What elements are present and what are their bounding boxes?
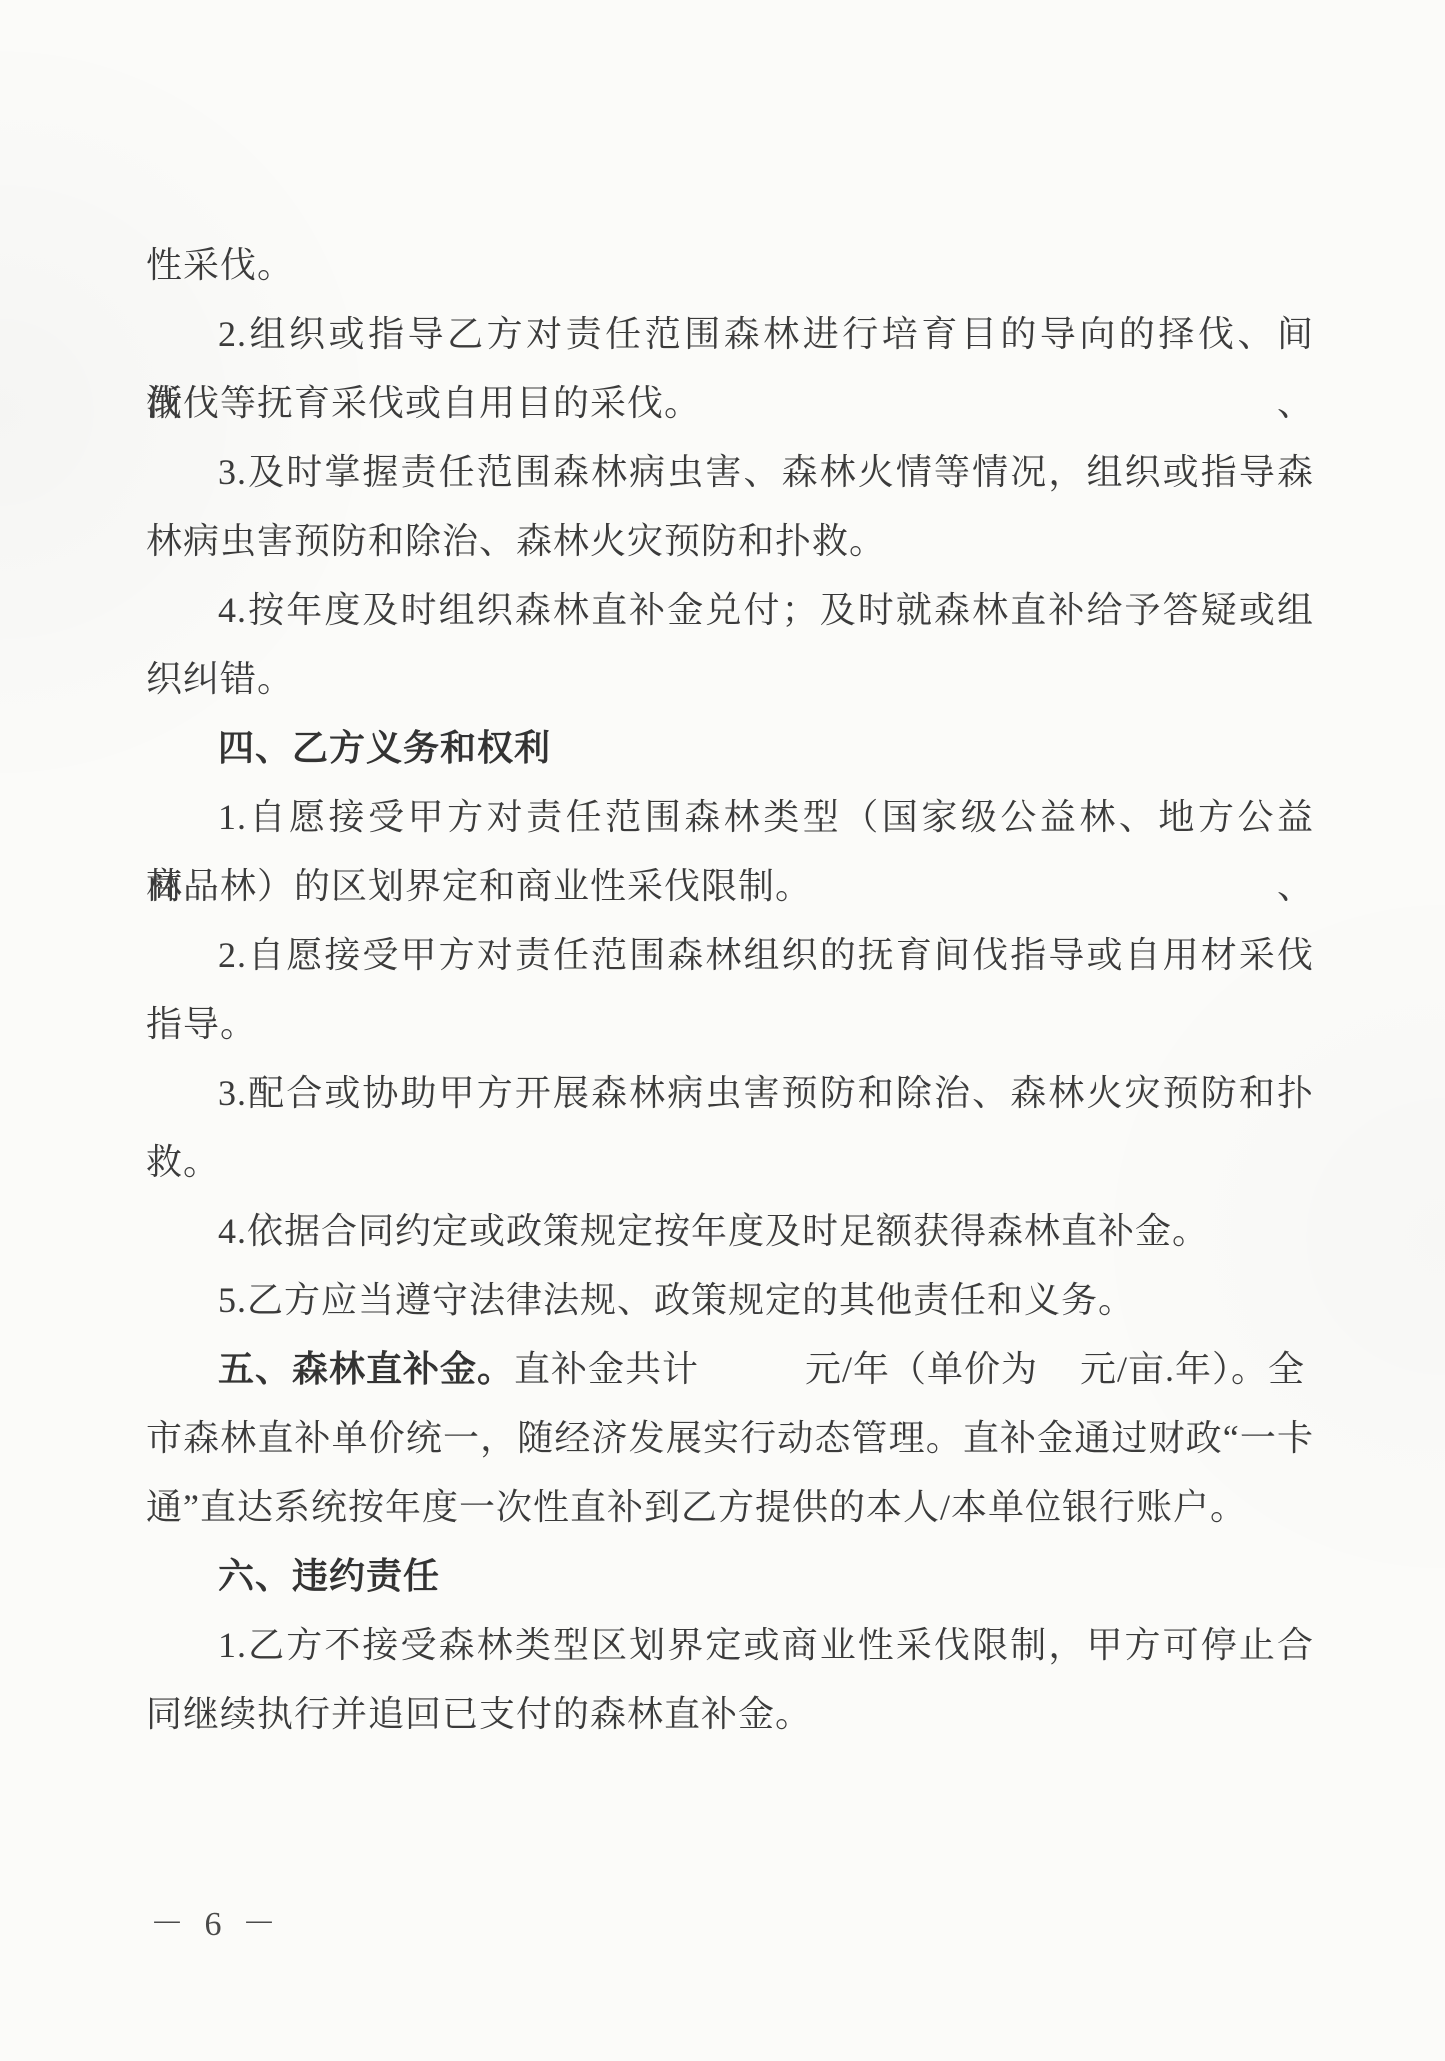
section-5-line-1: 五、森林直补金。直补金共计元/年（单价为元/亩.年）。全 — [146, 1335, 1314, 1404]
section-5-text-b: 元/年（单价为 — [805, 1349, 1038, 1389]
clause-4-2-line-2: 指导。 — [146, 990, 1314, 1059]
clause-4-3-line-1: 3.配合或协助甲方开展森林病虫害预防和除治、森林火灾预防和扑 — [146, 1059, 1314, 1128]
document-page: 性采伐。 2.组织或指导乙方对责任范围森林进行培育目的导向的择伐、间伐、 渐伐等… — [0, 0, 1445, 2061]
section-heading-6: 六、违约责任 — [146, 1542, 1314, 1611]
clause-3-4-line-1: 4.按年度及时组织森林直补金兑付；及时就森林直补给予答疑或组 — [146, 576, 1314, 645]
clause-6-1-line-2: 同继续执行并追回已支付的森林直补金。 — [146, 1680, 1314, 1749]
section-heading-5: 五、森林直补金。 — [218, 1349, 514, 1389]
clause-4-1-line-1: 1.自愿接受甲方对责任范围森林类型（国家级公益林、地方公益林、 — [146, 783, 1314, 852]
clause-4-4-line: 4.依据合同约定或政策规定按年度及时足额获得森林直补金。 — [146, 1197, 1314, 1266]
section-5-line-3: 通”直达系统按年度一次性直补到乙方提供的本人/本单位银行账户。 — [146, 1473, 1314, 1542]
section-5-text-c: 元/亩.年）。全 — [1080, 1349, 1305, 1389]
page-number: － 6 － — [150, 1896, 282, 1945]
clause-4-2-line-1: 2.自愿接受甲方对责任范围森林组织的抚育间伐指导或自用材采伐 — [146, 921, 1314, 990]
clause-3-2-line-1: 2.组织或指导乙方对责任范围森林进行培育目的导向的择伐、间伐、 — [146, 300, 1314, 369]
section-heading-4: 四、乙方义务和权利 — [146, 714, 1314, 783]
document-body: 性采伐。 2.组织或指导乙方对责任范围森林进行培育目的导向的择伐、间伐、 渐伐等… — [146, 231, 1314, 1749]
clause-3-3-line-2: 林病虫害预防和除治、森林火灾预防和扑救。 — [146, 507, 1314, 576]
section-5-line-2: 市森林直补单价统一，随经济发展实行动态管理。直补金通过财政“一卡 — [146, 1404, 1314, 1473]
clause-3-4-line-2: 织纠错。 — [146, 645, 1314, 714]
section-5-text-a: 直补金共计 — [514, 1349, 699, 1389]
clause-4-3-line-2: 救。 — [146, 1128, 1314, 1197]
clause-6-1-line-1: 1.乙方不接受森林类型区划界定或商业性采伐限制，甲方可停止合 — [146, 1611, 1314, 1680]
paragraph-continuation-line: 性采伐。 — [146, 231, 1314, 300]
clause-3-3-line-1: 3.及时掌握责任范围森林病虫害、森林火情等情况，组织或指导森 — [146, 438, 1314, 507]
clause-4-5-line: 5.乙方应当遵守法律法规、政策规定的其他责任和义务。 — [146, 1266, 1314, 1335]
